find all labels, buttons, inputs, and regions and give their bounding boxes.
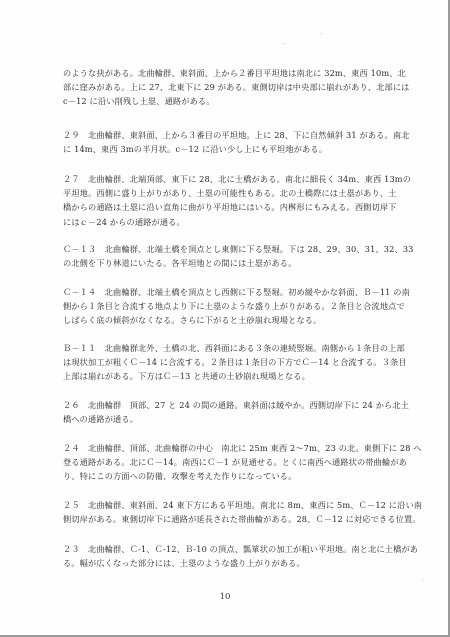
text-line: ２３ 北曲輪群、Ｃ-1、Ｃ-12、Ｂ-10 の頂点、瓢箪状の加工が粗い平坦地。南… (63, 542, 401, 556)
scan-speck (283, 43, 284, 44)
text-line: Ｂ－１１ 北曲輪群北外、土橋の北、西斜面にある３条の連続竪堀。南側から１条目の上… (63, 341, 401, 355)
text-line: のような抉がある。北曲輪群、東斜面、上から２番目平坦地は南北に 32m、東西 1… (63, 66, 401, 80)
paragraph-27: ２７ 北曲輪群、北端頂部、東下に 28、北に土橋がある。南北に細長く 34m、東… (63, 172, 401, 229)
text-line: しばらく底の傾斜がなくなる。さらに下がると土砂崩れ現場となる。 (63, 313, 401, 327)
paragraph-25: ２５ 北曲輪群、東斜面、24 東下方にある平坦地。南北に 8m、東西に 5m、Ｃ… (63, 498, 401, 526)
paragraph-c14: Ｃ－１４ 北曲輪群、北端土橋を頂点とし西側に下る竪堀。初め緩やかな斜面、Ｂ－11… (63, 285, 401, 328)
text-line: は現状加工が粗くＣ－14 に合流する。２条目は１条目の下方でＣ－14 と合流する… (63, 355, 401, 369)
paragraph-b11: Ｂ－１１ 北曲輪群北外、土橋の北、西斜面にある３条の連続竪堀。南側から１条目の上… (63, 341, 401, 384)
text-line: ２６ 北曲輪群 頂部、27 と 24 の間の通路。東斜面は緩やか。西側切岸下に … (63, 398, 401, 412)
text-line: り、特にこの方面への防備、攻撃を考えた作りになっている。 (63, 469, 401, 483)
text-line: 橋への通路が通る。 (63, 412, 401, 426)
paragraph-26: ２６ 北曲輪群 頂部、27 と 24 の間の通路。東斜面は緩やか。西側切岸下に … (63, 398, 401, 426)
text-line: Ｃ－１４ 北曲輪群、北端土橋を頂点とし西側に下る竪堀。初め緩やかな斜面、Ｂ－11… (63, 285, 401, 299)
paragraph-24: ２４ 北曲輪群、頂部、北曲輪群の中心 南北に 25m 東西 2～7m、23 の北… (63, 441, 401, 484)
text-line: に 14m、東西 3mの半月状。c－12 に沿い少し上にも平坦地がある。 (63, 142, 401, 156)
text-line: の北側を下り林道にいたる。各平坦地との間には土塁がある。 (63, 256, 401, 270)
scan-speck (422, 579, 423, 580)
text-line: ２５ 北曲輪群、東斜面、24 東下方にある平坦地。南北に 8m、東西に 5m、Ｃ… (63, 498, 401, 512)
text-line: る。幅が広くなった部分には、土塁のような盛り上がりがある。 (63, 556, 401, 570)
text-line: 橋からの通路は土塁に沿い直角に曲がり平坦地にはいる。内桝形にもみえる。西側切岸下 (63, 200, 401, 214)
page-number: 10 (0, 592, 450, 602)
text-line: c－12 に沿い削残し土塁、通路がある。 (63, 94, 401, 108)
text-line: Ｃ－１３ 北曲輪群、北端土橋を頂点とし東側に下る竪堀。下は 28、29、30、3… (63, 242, 401, 256)
paragraph-29: ２９ 北曲輪群、東斜面、上から３番目の平坦地。上に 28、下に自然傾斜 31 が… (63, 128, 401, 156)
paragraph-continued: のような抉がある。北曲輪群、東斜面、上から２番目平坦地は南北に 32m、東西 1… (63, 66, 401, 109)
document-page: のような抉がある。北曲輪群、東斜面、上から２番目平坦地は南北に 32m、東西 1… (0, 0, 450, 637)
text-line: ２４ 北曲輪群、頂部、北曲輪群の中心 南北に 25m 東西 2～7m、23 の北… (63, 441, 401, 455)
scan-speck (321, 33, 322, 34)
text-line: 登る通路がある。北にＣ－14。南西にＣ－1 が見通せる。とくに南西へ通路状の帯曲… (63, 455, 401, 469)
text-line: 平坦地。西側に盛り上がりがあり、土塁の可能性もある。北の土橋際には土塁があり、土 (63, 186, 401, 200)
paragraph-23: ２３ 北曲輪群、Ｃ-1、Ｃ-12、Ｂ-10 の頂点、瓢箪状の加工が粗い平坦地。南… (63, 542, 401, 570)
text-line: 部に窪みがある。上に 27、北東下に 29 がある。東側切岸は中央部に崩れがあり… (63, 80, 401, 94)
text-line: ２９ 北曲輪群、東斜面、上から３番目の平坦地。上に 28、下に自然傾斜 31 が… (63, 128, 401, 142)
text-line: 上部は崩れがある。下方はＣ－13 と共通の土砂崩れ現場となる。 (63, 369, 401, 383)
text-line: ２７ 北曲輪群、北端頂部、東下に 28、北に土橋がある。南北に細長く 34m、東… (63, 172, 401, 186)
text-line: 側から１条目と合流する地点より下に土塁のような盛り上がりがある。２条目と合流地点… (63, 299, 401, 313)
text-line: 側切岸がある。東側切岸下に通路が延長された帯曲輪がある。28、Ｃ－12 に対応で… (63, 512, 401, 526)
paragraph-c13: Ｃ－１３ 北曲輪群、北端土橋を頂点とし東側に下る竪堀。下は 28、29、30、3… (63, 242, 401, 270)
text-line: にはｃ－24 からの通路が通る。 (63, 215, 401, 229)
